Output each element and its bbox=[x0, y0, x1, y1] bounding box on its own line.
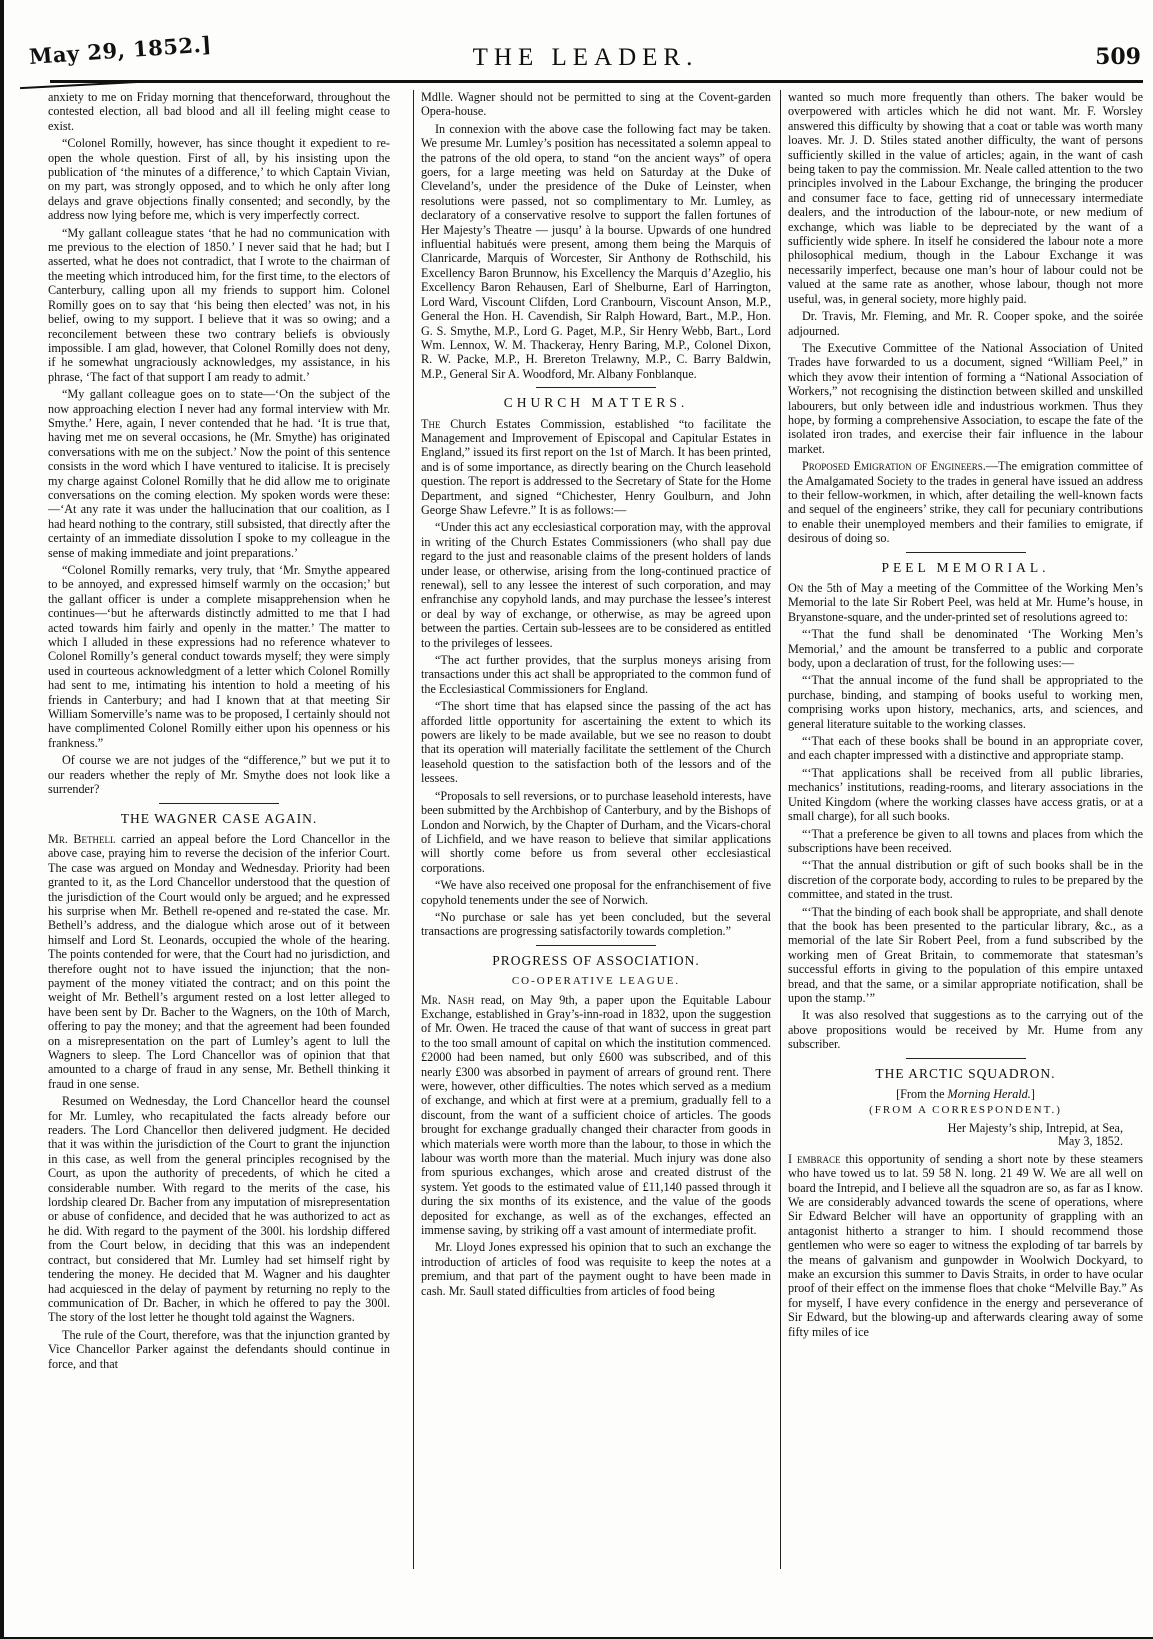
article-paragraph: “My gallant colleague goes on to state—‘… bbox=[48, 387, 390, 560]
quoted-paragraph: “The short time that has elapsed since t… bbox=[421, 699, 771, 785]
article-paragraph: “Colonel Romilly remarks, very truly, th… bbox=[48, 563, 390, 750]
source-suffix: ] bbox=[1031, 1087, 1035, 1101]
article-paragraph: Mr. Nash read, on May 9th, a paper upon … bbox=[421, 993, 771, 1238]
column-1: anxiety to me on Friday morning that the… bbox=[48, 90, 390, 1569]
quoted-paragraph: “We have also received one proposal for … bbox=[421, 878, 771, 907]
dateline-date: May 3, 1852. bbox=[788, 1135, 1123, 1148]
section-divider bbox=[536, 387, 656, 388]
lead-in: On bbox=[788, 581, 803, 595]
section-divider bbox=[906, 552, 1026, 553]
paragraph-text: read, on May 9th, a paper upon the Equit… bbox=[421, 993, 771, 1238]
correspondent-line: (FROM A CORRESPONDENT.) bbox=[788, 1103, 1143, 1117]
paragraph-text: this opportunity of sending a short note… bbox=[788, 1152, 1143, 1339]
lead-in: Proposed Emigration of Engineers. bbox=[802, 459, 986, 473]
page-edge-shadow bbox=[0, 0, 4, 1639]
lead-in: Mr. Nash bbox=[421, 993, 474, 1007]
quoted-paragraph: “‘That the annual income of the fund sha… bbox=[788, 673, 1143, 731]
article-paragraph: Dr. Travis, Mr. Fleming, and Mr. R. Coop… bbox=[788, 309, 1143, 338]
source-paper: Morning Herald. bbox=[948, 1087, 1031, 1101]
article-paragraph: Mdlle. Wagner should not be permitted to… bbox=[421, 90, 771, 119]
masthead-rule bbox=[50, 80, 1143, 83]
section-divider bbox=[906, 1058, 1026, 1059]
article-paragraph: Of course we are not judges of the “diff… bbox=[48, 753, 390, 796]
heading-wagner-case: THE WAGNER CASE AGAIN. bbox=[48, 812, 390, 826]
newspaper-title: THE LEADER. bbox=[30, 44, 1141, 72]
quoted-paragraph: “Under this act any ecclesiastical corpo… bbox=[421, 520, 771, 650]
page-number: 509 bbox=[1095, 44, 1141, 70]
column-3: wanted so much more frequently than othe… bbox=[780, 90, 1143, 1569]
column-2: Mdlle. Wagner should not be permitted to… bbox=[413, 90, 771, 1569]
article-paragraph: “Colonel Romilly, however, has since tho… bbox=[48, 136, 390, 222]
article-paragraph: On the 5th of May a meeting of the Commi… bbox=[788, 581, 1143, 624]
lead-in: Mr. Bethell bbox=[48, 832, 116, 846]
dateline: Her Majesty’s ship, Intrepid, at Sea, Ma… bbox=[788, 1122, 1123, 1148]
section-divider bbox=[159, 803, 279, 804]
article-paragraph: I embrace this opportunity of sending a … bbox=[788, 1152, 1143, 1339]
heading-church-matters: CHURCH MATTERS. bbox=[421, 396, 771, 410]
article-paragraph: Mr. Lloyd Jones expressed his opinion th… bbox=[421, 1240, 771, 1298]
article-paragraph: wanted so much more frequently than othe… bbox=[788, 90, 1143, 306]
quoted-paragraph: “‘That each of these books shall be boun… bbox=[788, 734, 1143, 763]
dateline-place: Her Majesty’s ship, Intrepid, at Sea, bbox=[788, 1122, 1123, 1135]
article-paragraph: Resumed on Wednesday, the Lord Chancello… bbox=[48, 1094, 390, 1325]
heading-progress-of-association: PROGRESS OF ASSOCIATION. bbox=[421, 954, 771, 968]
article-paragraph: anxiety to me on Friday morning that the… bbox=[48, 90, 390, 133]
subheading-co-operative-league: CO-OPERATIVE LEAGUE. bbox=[421, 974, 771, 988]
quoted-paragraph: “No purchase or sale has yet been conclu… bbox=[421, 910, 771, 939]
quoted-paragraph: “The act further provides, that the surp… bbox=[421, 653, 771, 696]
article-paragraph: In connexion with the above case the fol… bbox=[421, 122, 771, 381]
lead-in: I embrace bbox=[788, 1152, 841, 1166]
source-prefix: [From the bbox=[896, 1087, 944, 1101]
article-paragraph: “My gallant colleague states ‘that he ha… bbox=[48, 226, 390, 384]
article-paragraph: The Executive Committee of the National … bbox=[788, 341, 1143, 456]
article-paragraph: The Church Estates Commission, establish… bbox=[421, 417, 771, 518]
masthead: May 29, 1852.] THE LEADER. 509 bbox=[30, 40, 1141, 80]
article-paragraph: The rule of the Court, therefore, was th… bbox=[48, 1328, 390, 1371]
heading-peel-memorial: PEEL MEMORIAL. bbox=[788, 561, 1143, 575]
quoted-paragraph: “‘That the fund shall be denominated ‘Th… bbox=[788, 627, 1143, 670]
article-paragraph: Proposed Emigration of Engineers.—The em… bbox=[788, 459, 1143, 545]
quoted-paragraph: “Proposals to sell reversions, or to pur… bbox=[421, 789, 771, 875]
paragraph-text: the 5th of May a meeting of the Committe… bbox=[788, 581, 1143, 624]
paragraph-text: Church Estates Commission, established “… bbox=[421, 417, 771, 517]
article-paragraph: Mr. Bethell carried an appeal before the… bbox=[48, 832, 390, 1091]
quoted-paragraph: “‘That a preference be given to all town… bbox=[788, 827, 1143, 856]
heading-arctic-squadron: THE ARCTIC SQUADRON. bbox=[788, 1067, 1143, 1081]
quoted-paragraph: “‘That applications shall be received fr… bbox=[788, 766, 1143, 824]
quoted-paragraph: “‘That the annual distribution or gift o… bbox=[788, 858, 1143, 901]
paragraph-text: carried an appeal before the Lord Chance… bbox=[48, 832, 390, 1091]
quoted-paragraph: “‘That the binding of each book shall be… bbox=[788, 905, 1143, 1006]
section-divider bbox=[536, 945, 656, 946]
source-attribution: [From the Morning Herald.] bbox=[788, 1087, 1143, 1101]
lead-in: The bbox=[421, 417, 440, 431]
article-paragraph: It was also resolved that suggestions as… bbox=[788, 1008, 1143, 1051]
